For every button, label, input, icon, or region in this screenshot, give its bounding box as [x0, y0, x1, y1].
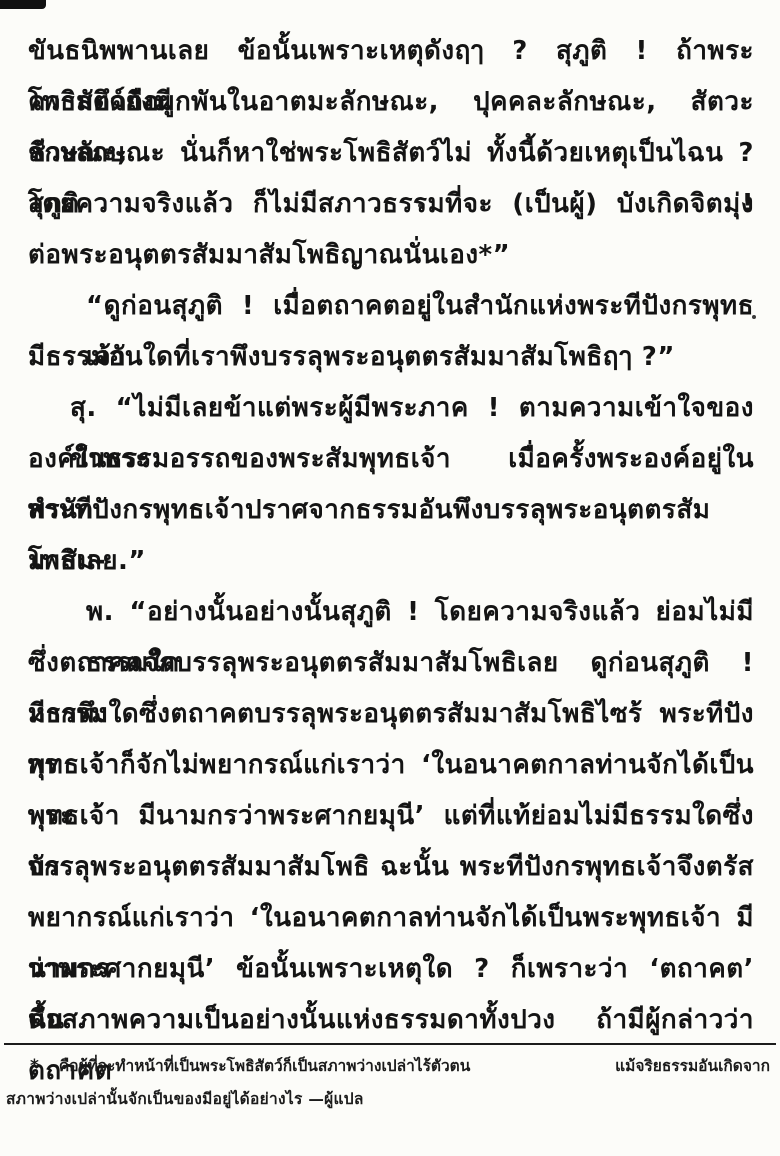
- text-line: ต่อพระอนุตตรสัมมาสัมโพธิญาณนั่นเอง*”: [28, 230, 754, 281]
- text-line: ขันธนิพพานเลย ข้อนั้นเพราะเหตุดังฤๅ ? สุ…: [28, 26, 754, 77]
- text-line: มีธรรมอันใดที่เราพึงบรรลุพระอนุตตรสัมมาส…: [28, 332, 754, 383]
- text-line: ซึ่งตถาคตจักบรรลุพระอนุตตรสัมมาสัมโพธิเล…: [28, 638, 754, 689]
- footnote-separator: [4, 1043, 776, 1045]
- text-line: โดยความจริงแล้ว ก็ไม่มีสภาวธรรมที่จะ (เป…: [28, 179, 754, 230]
- text-line: ชีวะลักษณะ นั่นก็หาใช่พระโพธิสัตว์ไม่ ทั…: [28, 128, 754, 179]
- text-line: องค์ในธรรมอรรถของพระสัมพุทธเจ้า เมื่อครั…: [28, 434, 754, 485]
- text-line: พุทธเจ้าก็จักไม่พยากรณ์แก่เราว่า ‘ในอนาค…: [28, 740, 754, 791]
- text-line: พุทธเจ้า มีนามกรว่าพระศากยมุนี’ แต่ที่แท…: [28, 791, 754, 842]
- footnote-text-line: คือผู้ที่จะทำหน้าที่เป็นพระโพธิสัตว์ก็เป…: [59, 1050, 770, 1083]
- text-line: ความยึดถือผูกพันในอาตมะลักษณะ, ปุคคละลัก…: [28, 77, 754, 128]
- text-line: พระทีปังกรพุทธเจ้าปราศจากธรรมอันพึงบรรลุ…: [28, 485, 754, 536]
- text-line paragraph-start: “ดูก่อนสุภูติ ! เมื่อตถาคตอยู่ในสำนักแห่…: [28, 281, 754, 332]
- text-line: มีธรรมใดซึ่งตถาคตบรรลุพระอนุตตรสัมมาสัมโ…: [28, 689, 754, 740]
- text-line: โพธิเลย.”: [28, 536, 754, 587]
- text-line: บรรลุพระอนุตตรสัมมาสัมโพธิ ฉะนั้น พระทีป…: [28, 842, 754, 893]
- text-line: พยากรณ์แก่เราว่า ‘ในอนาคตกาลท่านจักได้เป…: [28, 893, 754, 944]
- footnote-asterisk-marker: *: [6, 1050, 59, 1083]
- scanned-page: ขันธนิพพานเลย ข้อนั้นเพราะเหตุดังฤๅ ? สุ…: [0, 0, 780, 1156]
- page-body: ขันธนิพพานเลย ข้อนั้นเพราะเหตุดังฤๅ ? สุ…: [28, 26, 754, 1046]
- footnote-text-line: สภาพว่างเปล่านั้นจักเป็นของมีอยู่ได้อย่า…: [6, 1083, 770, 1116]
- text-line paragraph-start: พ. “อย่างนั้นอย่างนั้นสุภูติ ! โดยความจร…: [28, 587, 754, 638]
- text-line paragraph-start: สุ. “ไม่มีเลยข้าแต่พระผู้มีพระภาค ! ตามค…: [28, 383, 754, 434]
- footnote: * คือผู้ที่จะทำหน้าที่เป็นพระโพธิสัตว์ก็…: [6, 1050, 770, 1116]
- text-line: คือสภาพความเป็นอย่างนั้นแห่งธรรมดาทั้งปว…: [28, 995, 754, 1046]
- scan-artifact: [0, 0, 46, 9]
- text-line: ว่าพระศากยมุนี’ ข้อนั้นเพราะเหตุใด ? ก็เ…: [28, 944, 754, 995]
